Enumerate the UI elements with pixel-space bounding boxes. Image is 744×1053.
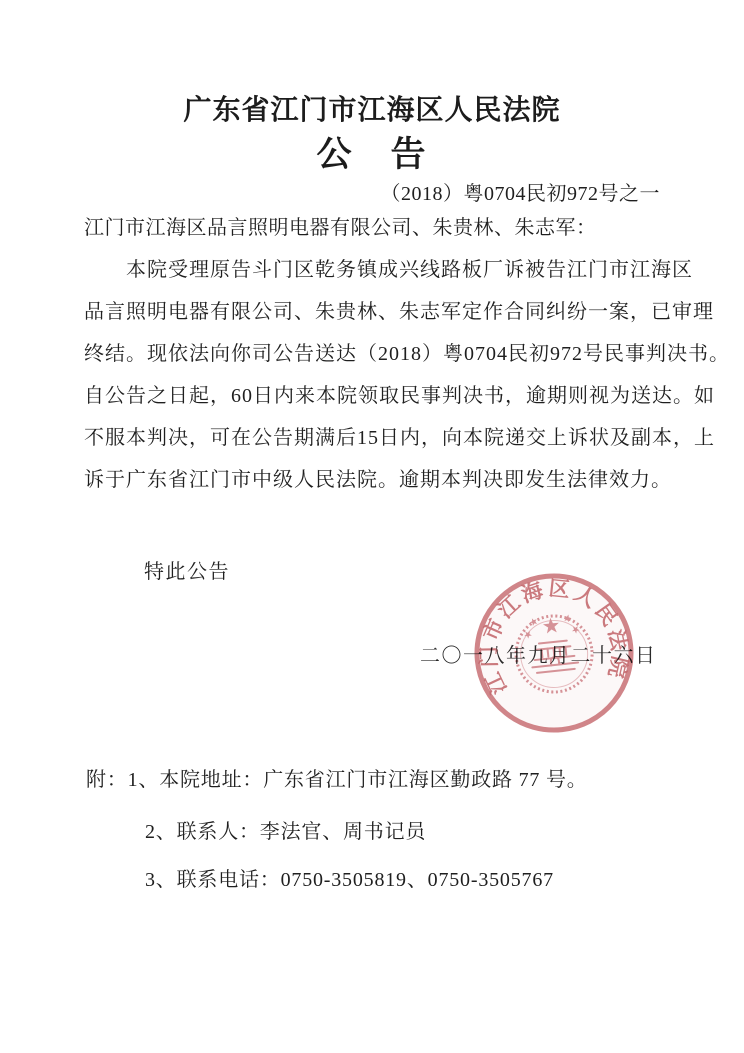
body-line: 终结。现依法向你司公告送达（2018）粤0704民初972号民事判决书。 xyxy=(84,333,662,375)
court-seal-graphic: 江门市江海区人民法院 xyxy=(463,562,645,744)
notice-body: 本院受理原告斗门区乾务镇成兴线路板厂诉被告江门市江海区 品言照明电器有限公司、朱… xyxy=(84,249,662,501)
attachment-phones: 3、联系电话：0750-3505819、0750-3505767 xyxy=(145,863,554,892)
court-title: 广东省江门市江海区人民法院 xyxy=(0,88,744,128)
attachment-address: 附：1、本院地址：广东省江门市江海区勤政路 77 号。 xyxy=(86,763,588,792)
notice-title: 公 告 xyxy=(0,127,744,177)
body-line: 本院受理原告斗门区乾务镇成兴线路板厂诉被告江门市江海区 xyxy=(84,249,662,291)
body-line: 品言照明电器有限公司、朱贵林、朱志军定作合同纠纷一案，已审理 xyxy=(84,291,662,333)
addressee-line: 江门市江海区品言照明电器有限公司、朱贵林、朱志军： xyxy=(84,211,597,240)
document-page: 广东省江门市江海区人民法院 公 告 （2018）粤0704民初972号之一 江门… xyxy=(0,0,744,1053)
body-line: 自公告之日起，60日内来本院领取民事判决书，逾期则视为送达。如 xyxy=(84,375,662,417)
court-seal: 江门市江海区人民法院 xyxy=(471,570,637,736)
body-line: 诉于广东省江门市中级人民法院。逾期本判决即发生法律效力。 xyxy=(84,459,662,501)
attachment-contacts: 2、联系人：李法官、周书记员 xyxy=(145,815,426,844)
case-number: （2018）粤0704民初972号之一 xyxy=(381,177,661,206)
closing-phrase: 特此公告 xyxy=(144,555,230,584)
body-line: 不服本判决，可在公告期满后15日内，向本院递交上诉状及副本，上 xyxy=(84,417,662,459)
